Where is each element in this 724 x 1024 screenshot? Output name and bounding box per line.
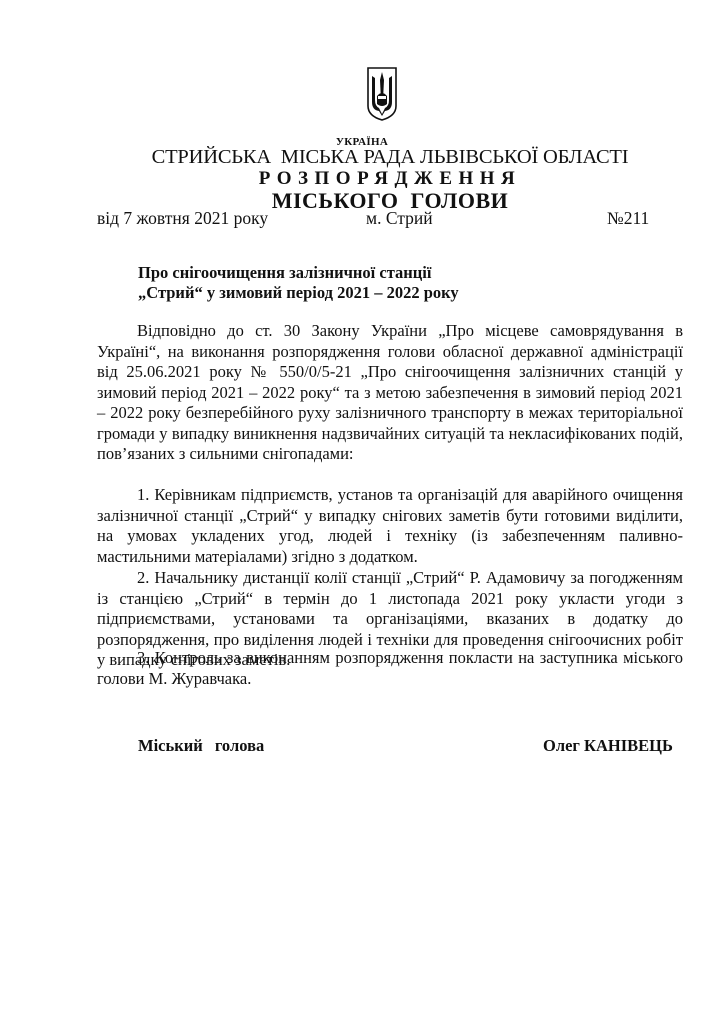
order-item-3: 3. Контроль за виконанням розпорядження … xyxy=(97,648,683,689)
subject-line-2: „Стрий“ у зимовий період 2021 – 2022 рок… xyxy=(138,283,459,303)
signatory-title: Міський голова xyxy=(138,736,264,756)
subject-line-1: Про снігоочищення залізничної станції xyxy=(138,263,459,283)
preamble-paragraph: Відповідно до ст. 30 Закону України „Про… xyxy=(97,321,683,465)
document-subject: Про снігоочищення залізничної станції „С… xyxy=(138,263,459,303)
council-heading: СТРИЙСЬКА МІСЬКА РАДА ЛЬВІВСЬКОЇ ОБЛАСТІ xyxy=(0,146,724,169)
document-type-heading: РОЗПОРЯДЖЕННЯ xyxy=(0,168,724,190)
order-item-1: 1. Керівникам підприємств, установ та ор… xyxy=(97,485,683,567)
document-city: м. Стрий xyxy=(366,208,433,229)
document-date: від 7 жовтня 2021 року xyxy=(97,208,268,229)
document-number: №211 xyxy=(607,208,649,229)
signatory-name: Олег КАНІВЕЦЬ xyxy=(543,736,673,756)
trident-coat-of-arms-icon xyxy=(366,66,398,122)
